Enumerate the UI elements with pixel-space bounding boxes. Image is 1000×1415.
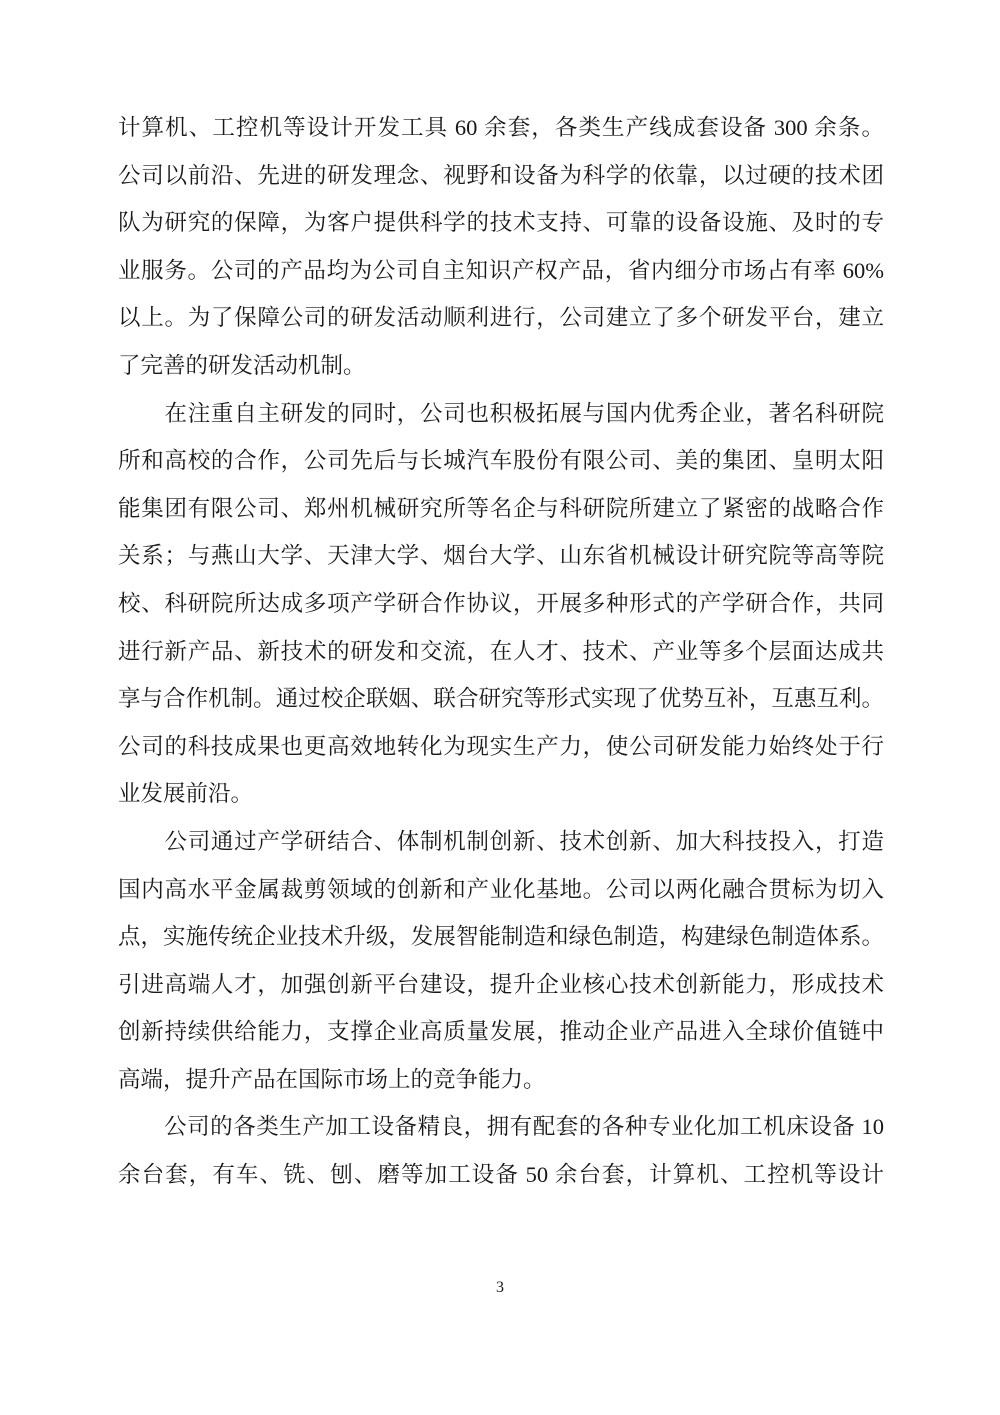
text-line: 了完善的研发活动机制。 [118,342,884,390]
text-line: 公司的科技成果也更高效地转化为现实生产力，使公司研发能力始终处于行 [118,723,884,771]
paragraph: 计算机、工控机等设计开发工具 60 余套，各类生产线成套设备 300 余条。公司… [118,104,884,390]
paragraph: 在注重自主研发的同时，公司也积极拓展与国内优秀企业，著名科研院所和高校的合作，公… [118,390,884,818]
text-line: 队为研究的保障，为客户提供科学的技术支持、可靠的设备设施、及时的专 [118,199,884,247]
text-line: 在注重自主研发的同时，公司也积极拓展与国内优秀企业，著名科研院 [118,390,884,438]
text-line: 享与合作机制。通过校企联姻、联合研究等形式实现了优势互补，互惠互利。 [118,675,884,723]
text-line: 计算机、工控机等设计开发工具 60 余套，各类生产线成套设备 300 余条。 [118,104,884,152]
text-line: 公司以前沿、先进的研发理念、视野和设备为科学的依靠，以过硬的技术团 [118,152,884,200]
text-line: 引进高端人才，加强创新平台建设，提升企业核心技术创新能力，形成技术 [118,961,884,1009]
text-line: 所和高校的合作，公司先后与长城汽车股份有限公司、美的集团、皇明太阳 [118,437,884,485]
text-line: 点，实施传统企业技术升级，发展智能制造和绿色制造，构建绿色制造体系。 [118,913,884,961]
paragraph: 公司通过产学研结合、体制机制创新、技术创新、加大科技投入，打造国内高水平金属裁剪… [118,818,884,1104]
text-line: 以上。为了保障公司的研发活动顺利进行，公司建立了多个研发平台，建立 [118,294,884,342]
text-line: 创新持续供给能力，支撑企业高质量发展，推动企业产品进入全球价值链中 [118,1008,884,1056]
text-line: 余台套，有车、铣、刨、磨等加工设备 50 余台套，计算机、工控机等设计 [118,1151,884,1199]
text-line: 关系；与燕山大学、天津大学、烟台大学、山东省机械设计研究院等高等院 [118,532,884,580]
page-number: 3 [0,1276,1000,1300]
text-line: 校、科研院所达成多项产学研合作协议，开展多种形式的产学研合作，共同 [118,580,884,628]
text-line: 公司通过产学研结合、体制机制创新、技术创新、加大科技投入，打造 [118,818,884,866]
text-line: 高端，提升产品在国际市场上的竞争能力。 [118,1056,884,1104]
paragraph: 公司的各类生产加工设备精良，拥有配套的各种专业化加工机床设备 10余台套，有车、… [118,1103,884,1198]
text-line: 国内高水平金属裁剪领域的创新和产业化基地。公司以两化融合贯标为切入 [118,866,884,914]
page-body-text: 计算机、工控机等设计开发工具 60 余套，各类生产线成套设备 300 余条。公司… [118,104,884,1199]
text-line: 公司的各类生产加工设备精良，拥有配套的各种专业化加工机床设备 10 [118,1103,884,1151]
text-line: 业发展前沿。 [118,770,884,818]
text-line: 进行新产品、新技术的研发和交流，在人才、技术、产业等多个层面达成共 [118,628,884,676]
text-line: 能集团有限公司、郑州机械研究所等名企与科研院所建立了紧密的战略合作 [118,485,884,533]
text-line: 业服务。公司的产品均为公司自主知识产权产品，省内细分市场占有率 60% [118,247,884,295]
document-page: 计算机、工控机等设计开发工具 60 余套，各类生产线成套设备 300 余条。公司… [0,0,1000,1415]
